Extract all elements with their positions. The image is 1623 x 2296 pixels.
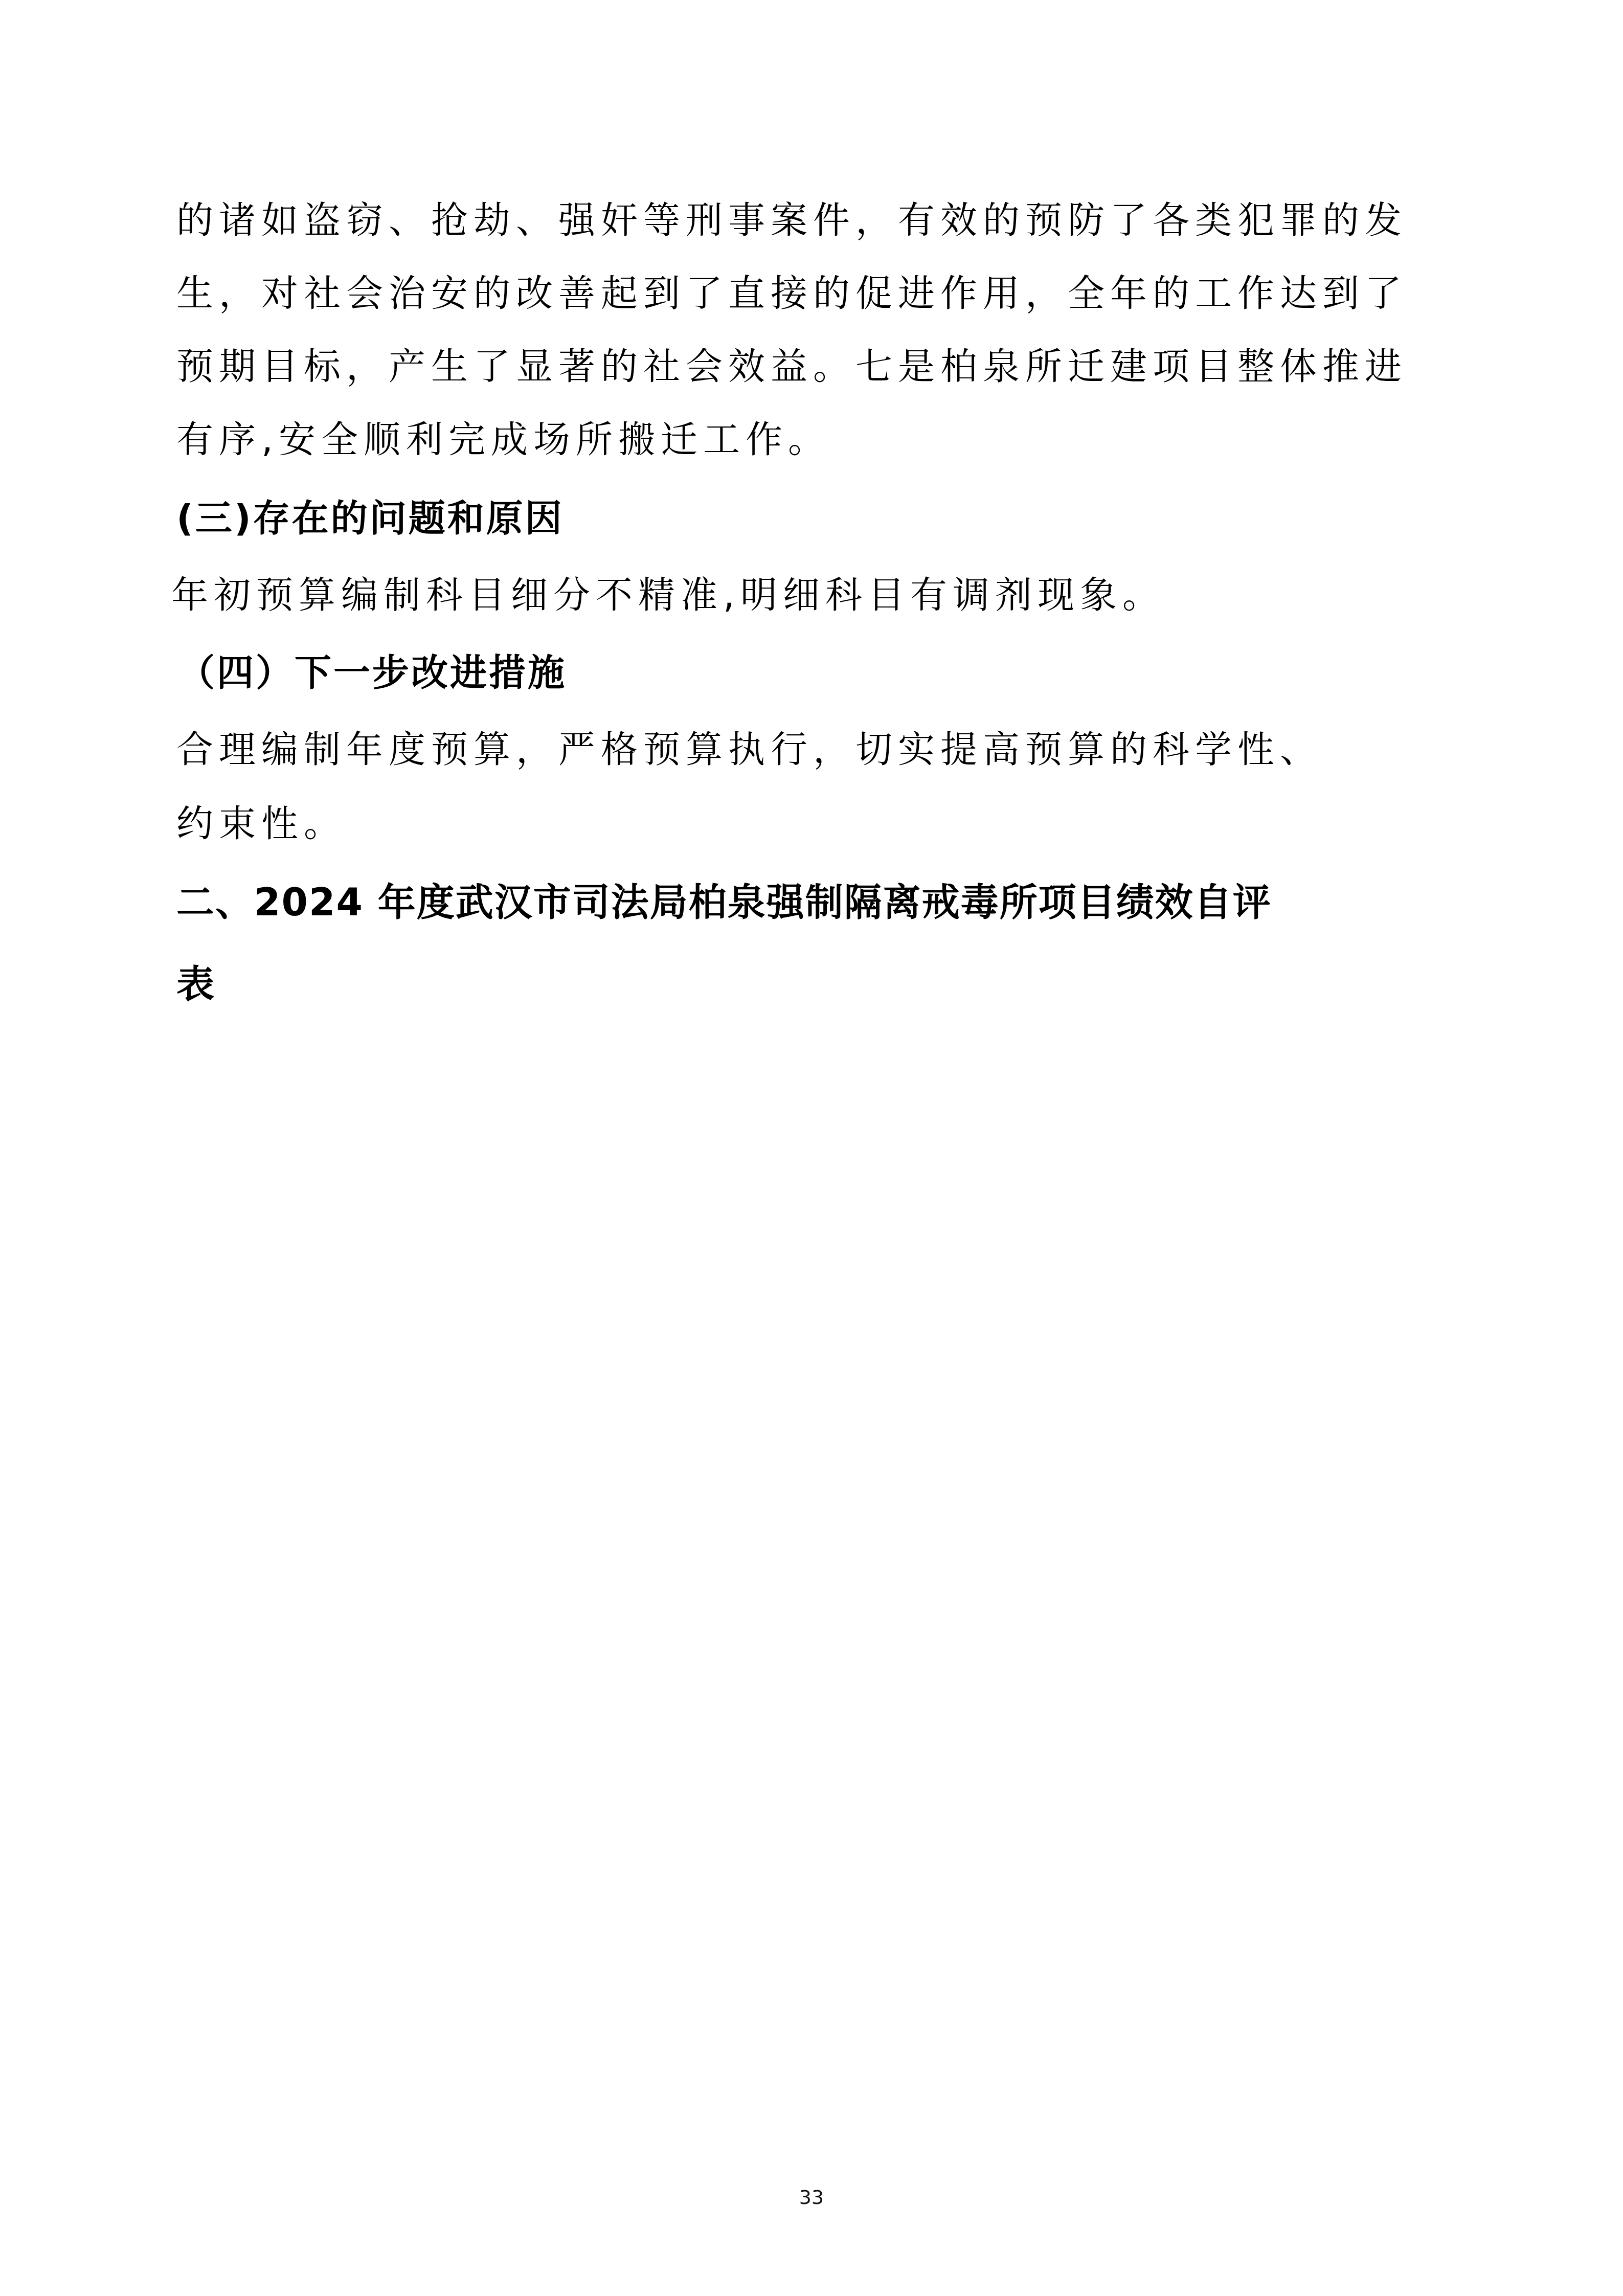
section-4-heading: （四）下一步改进措施 [178,649,567,695]
section-4-body-line-2: 约束性。 [176,800,346,846]
section-3-body: 年初预算编制科目细分不精准,明细科目有调剂现象。 [171,572,1165,618]
document-page: 的诸如盗窃、抢劫、强奸等刑事案件，有效的预防了各类犯罪的发 生，对社会治安的改善… [0,0,1623,2296]
section-4-body-line-1: 合理编制年度预算，严格预算执行，切实提高预算的科学性、 [176,726,1322,772]
part-2-title-line-2: 表 [176,961,215,1007]
part-2-title-line-1: 二、2024 年度武汉市司法局柏泉强制隔离戒毒所项目绩效自评 [176,880,1272,926]
paragraph-line-4: 有序,安全顺利完成场所搬迁工作。 [176,416,830,462]
page-number: 33 [0,2185,1623,2210]
section-3-heading: (三)存在的问题和原因 [176,495,564,541]
paragraph-line-2: 生，对社会治安的改善起到了直接的促进作用，全年的工作达到了 [176,270,1407,316]
paragraph-line-1: 的诸如盗窃、抢劫、强奸等刑事案件，有效的预防了各类犯罪的发 [176,197,1407,243]
paragraph-line-3: 预期目标，产生了显著的社会效益。七是柏泉所迁建项目整体推进 [176,343,1407,389]
